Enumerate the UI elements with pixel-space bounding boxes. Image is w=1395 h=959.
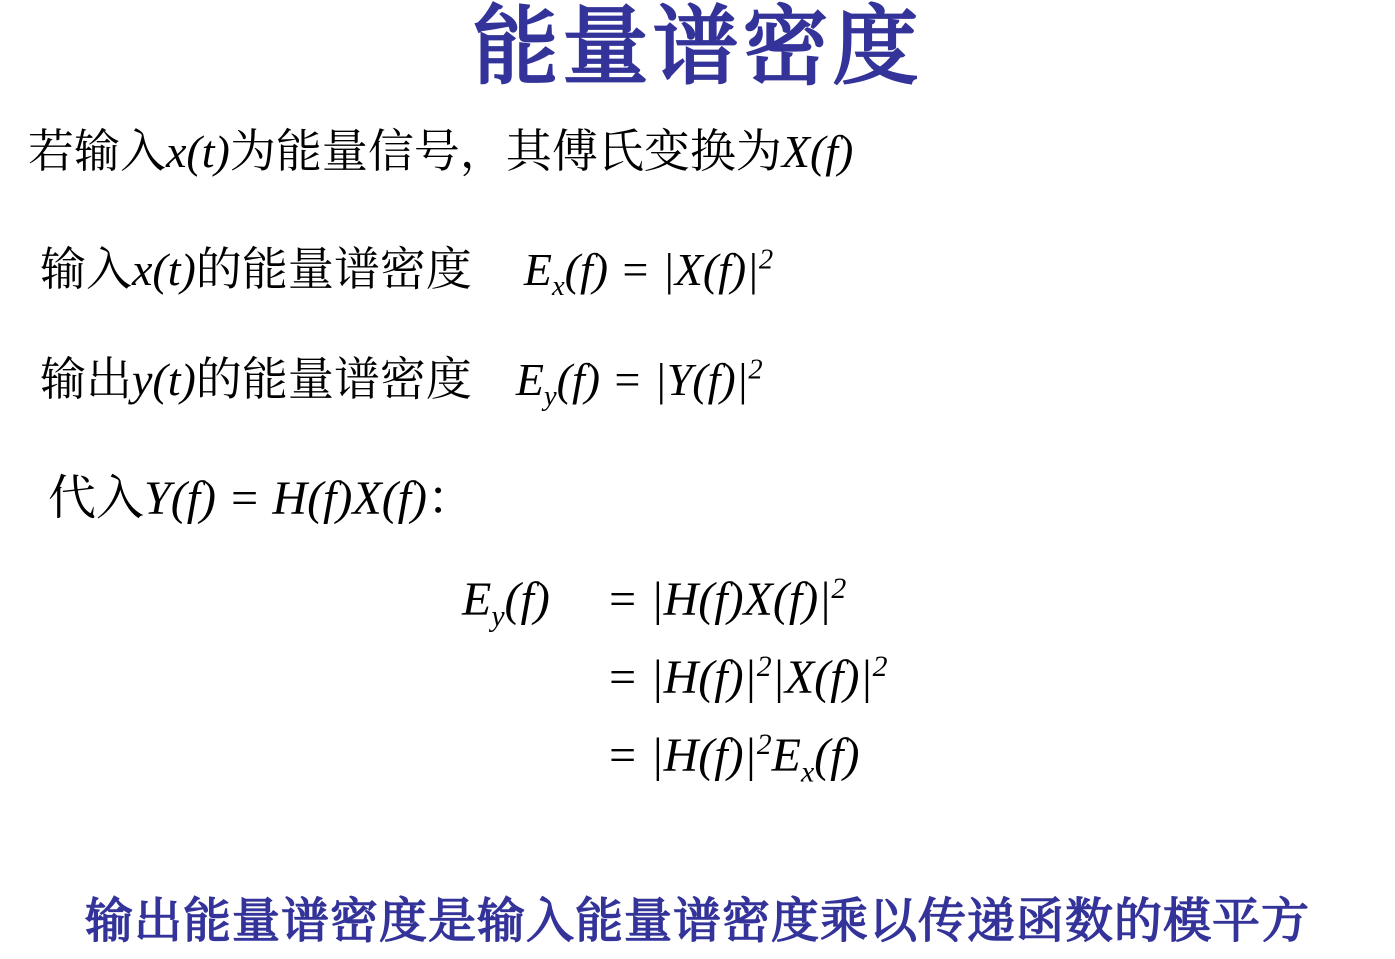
formula-Ey-base: E: [516, 354, 544, 405]
input-esd-line: 输入x(t)的能量谱密度Ex(f) = |X(f)|2: [40, 240, 773, 300]
eq-lhs-rest: (f): [505, 573, 550, 626]
eq2-exponent-1: 2: [757, 650, 772, 683]
slide-title: 能量谱密度: [0, 0, 1395, 95]
formula-Ex-subscript: x: [552, 271, 565, 302]
math-x-of-t: x(t): [132, 244, 196, 295]
eq-lhs-subscript: y: [491, 600, 504, 633]
substitute-text-1: 代入: [48, 472, 144, 525]
formula-Ex: Ex(f) = |X(f)|2: [524, 244, 773, 295]
formula-Ey: Ey(f) = |Y(f)|2: [516, 354, 763, 405]
equation2-rhs: = |H(f)|2|X(f)|2: [606, 650, 888, 705]
math-y-of-t: y(t): [132, 354, 196, 405]
derivation-block: Ey(f) = |H(f)X(f)|2 = |H(f)|2|X(f)|2 = |…: [462, 572, 888, 783]
intro-line: 若输入x(t)为能量信号，其傅氏变换为X(f): [28, 122, 853, 182]
input-esd-text-2: 的能量谱密度: [196, 244, 472, 295]
formula-Ex-base: E: [524, 244, 552, 295]
conclusion-line: 输出能量谱密度是输入能量谱密度乘以传递函数的模平方: [0, 882, 1395, 951]
equation3-lhs-empty: [462, 728, 590, 783]
math-x-of-t: x(t): [166, 126, 230, 177]
substitute-line: 代入Y(f) = H(f)X(f)：: [48, 468, 475, 530]
output-esd-line: 输出y(t)的能量谱密度Ey(f) = |Y(f)|2: [40, 350, 763, 410]
eq3-term-3: (f): [814, 729, 859, 782]
eq1-exponent: 2: [831, 572, 846, 605]
eq1-term: = |H(f)X(f)|: [606, 573, 831, 626]
eq2-term-2: |X(f)|: [772, 651, 873, 704]
eq3-subscript: x: [801, 756, 814, 789]
equation3-rhs: = |H(f)|2Ex(f): [606, 728, 888, 783]
input-esd-text-1: 输入: [40, 244, 132, 295]
formula-Ey-subscript: y: [544, 381, 557, 412]
output-esd-text-2: 的能量谱密度: [196, 354, 472, 405]
formula-Ex-body: (f) = |X(f)|: [565, 244, 759, 295]
eq3-term-1: = |H(f)|: [606, 729, 757, 782]
output-esd-text-1: 输出: [40, 354, 132, 405]
formula-Ey-exponent: 2: [748, 355, 762, 386]
intro-text-1: 若输入: [28, 126, 166, 177]
equation1-rhs: = |H(f)X(f)|2: [606, 572, 888, 627]
formula-Ey-body: (f) = |Y(f)|: [557, 354, 749, 405]
eq2-term-1: = |H(f)|: [606, 651, 757, 704]
slide: 能量谱密度 若输入x(t)为能量信号，其傅氏变换为X(f) 输入x(t)的能量谱…: [0, 0, 1395, 959]
equation1-lhs: Ey(f): [462, 572, 590, 627]
formula-Ex-exponent: 2: [759, 245, 773, 276]
equation2-lhs-empty: [462, 650, 590, 705]
math-X-of-f: X(f): [782, 126, 854, 177]
intro-text-2: 为能量信号，其傅氏变换为: [230, 126, 782, 177]
eq2-exponent-2: 2: [873, 650, 888, 683]
math-Y-equals-HX: Y(f) = H(f)X(f): [144, 472, 427, 525]
eq3-exponent: 2: [757, 728, 772, 761]
substitute-colon: ：: [427, 472, 475, 525]
eq3-term-2: E: [772, 729, 801, 782]
eq-lhs-base: E: [462, 573, 491, 626]
